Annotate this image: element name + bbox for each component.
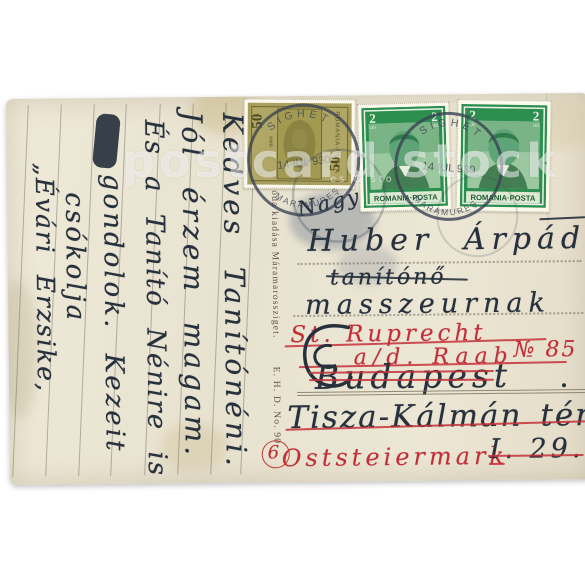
watermark-subtext: es & sto	[330, 174, 395, 185]
stock-watermark: postcard stock es & sto	[122, 134, 561, 188]
postcard-photo: Kedves Tanítónéni. Jól érzem magam. És a…	[0, 0, 585, 585]
postmark-region: MARAMUREŞ	[273, 184, 344, 214]
svg-text:MARAMUREŞ: MARAMUREŞ	[273, 184, 344, 214]
